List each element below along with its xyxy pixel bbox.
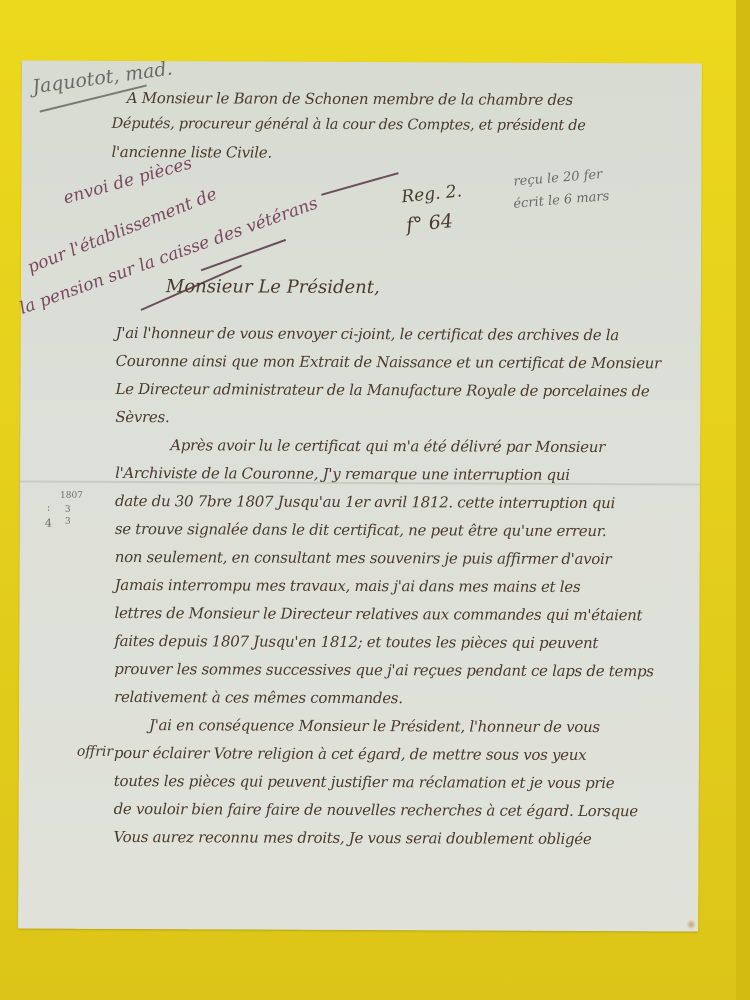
letter-sheet: Jaquotot, mad. A Monsieur le Baron de Sc… — [18, 61, 702, 932]
body-line: l'Archiviste de la Couronne, J'y remarqu… — [115, 464, 570, 484]
body-line: Couronne ainsi que mon Extrait de Naissa… — [116, 352, 661, 372]
body-line: Vous aurez reconnu mes droits, Je vous s… — [113, 828, 591, 848]
margin-number: 1807 — [60, 491, 83, 501]
address-line-3: l'ancienne liste Civile. — [111, 143, 271, 162]
body-line: Le Directeur administrateur de la Manufa… — [115, 380, 649, 400]
body-line: lettres de Monsieur le Directeur relativ… — [114, 604, 642, 624]
margin-number: 3 — [65, 517, 71, 527]
body-line: Sèvres. — [115, 408, 169, 426]
body-line: date du 30 7bre 1807 Jusqu'au 1er avril … — [115, 492, 615, 512]
body-line: Après avoir lu le certificat qui m'a été… — [170, 436, 605, 456]
body-line: toutes les pièces qui peuvent justifier … — [114, 772, 615, 792]
body-line: J'ai l'honneur de vous envoyer ci-joint,… — [116, 324, 619, 344]
body-line: faites depuis 1807 Jusqu'en 1812; et tou… — [114, 632, 598, 652]
margin-number: 4 — [45, 517, 52, 530]
register-number: Reg. 2. — [400, 181, 462, 207]
margin-word: offrir — [77, 744, 113, 760]
register-folio: f° 64 — [405, 210, 454, 237]
margin-number: : — [47, 503, 50, 514]
written-date: écrit le 6 mars — [513, 189, 610, 212]
salutation: Monsieur Le Président, — [166, 276, 380, 298]
body-line: de vouloir bien faire faire de nouvelles… — [114, 800, 638, 820]
body-line: non seulement, en consultant mes souveni… — [115, 548, 612, 568]
body-line: pour éclairer Votre religion à cet égard… — [114, 744, 586, 764]
body-line: relativement à ces mêmes commandes. — [114, 688, 403, 707]
body-line: se trouve signalée dans le dit certifica… — [115, 520, 607, 540]
body-line: J'ai en conséquence Monsieur le Présiden… — [149, 716, 600, 736]
backdrop-edge-strip — [736, 0, 750, 1000]
body-line: prouver les sommes successives que j'ai … — [114, 660, 654, 680]
address-line-2: Députés, procureur général à la cour des… — [112, 116, 586, 134]
margin-number: 3 — [65, 505, 71, 515]
body-line: Jamais interrompu mes travaux, mais j'ai… — [115, 576, 581, 596]
corner-stain — [686, 919, 696, 929]
annotation-rule-1 — [321, 172, 398, 195]
address-line-1: A Monsieur le Baron de Schonen membre de… — [127, 89, 573, 109]
received-date: reçu le 20 fer — [513, 167, 603, 189]
